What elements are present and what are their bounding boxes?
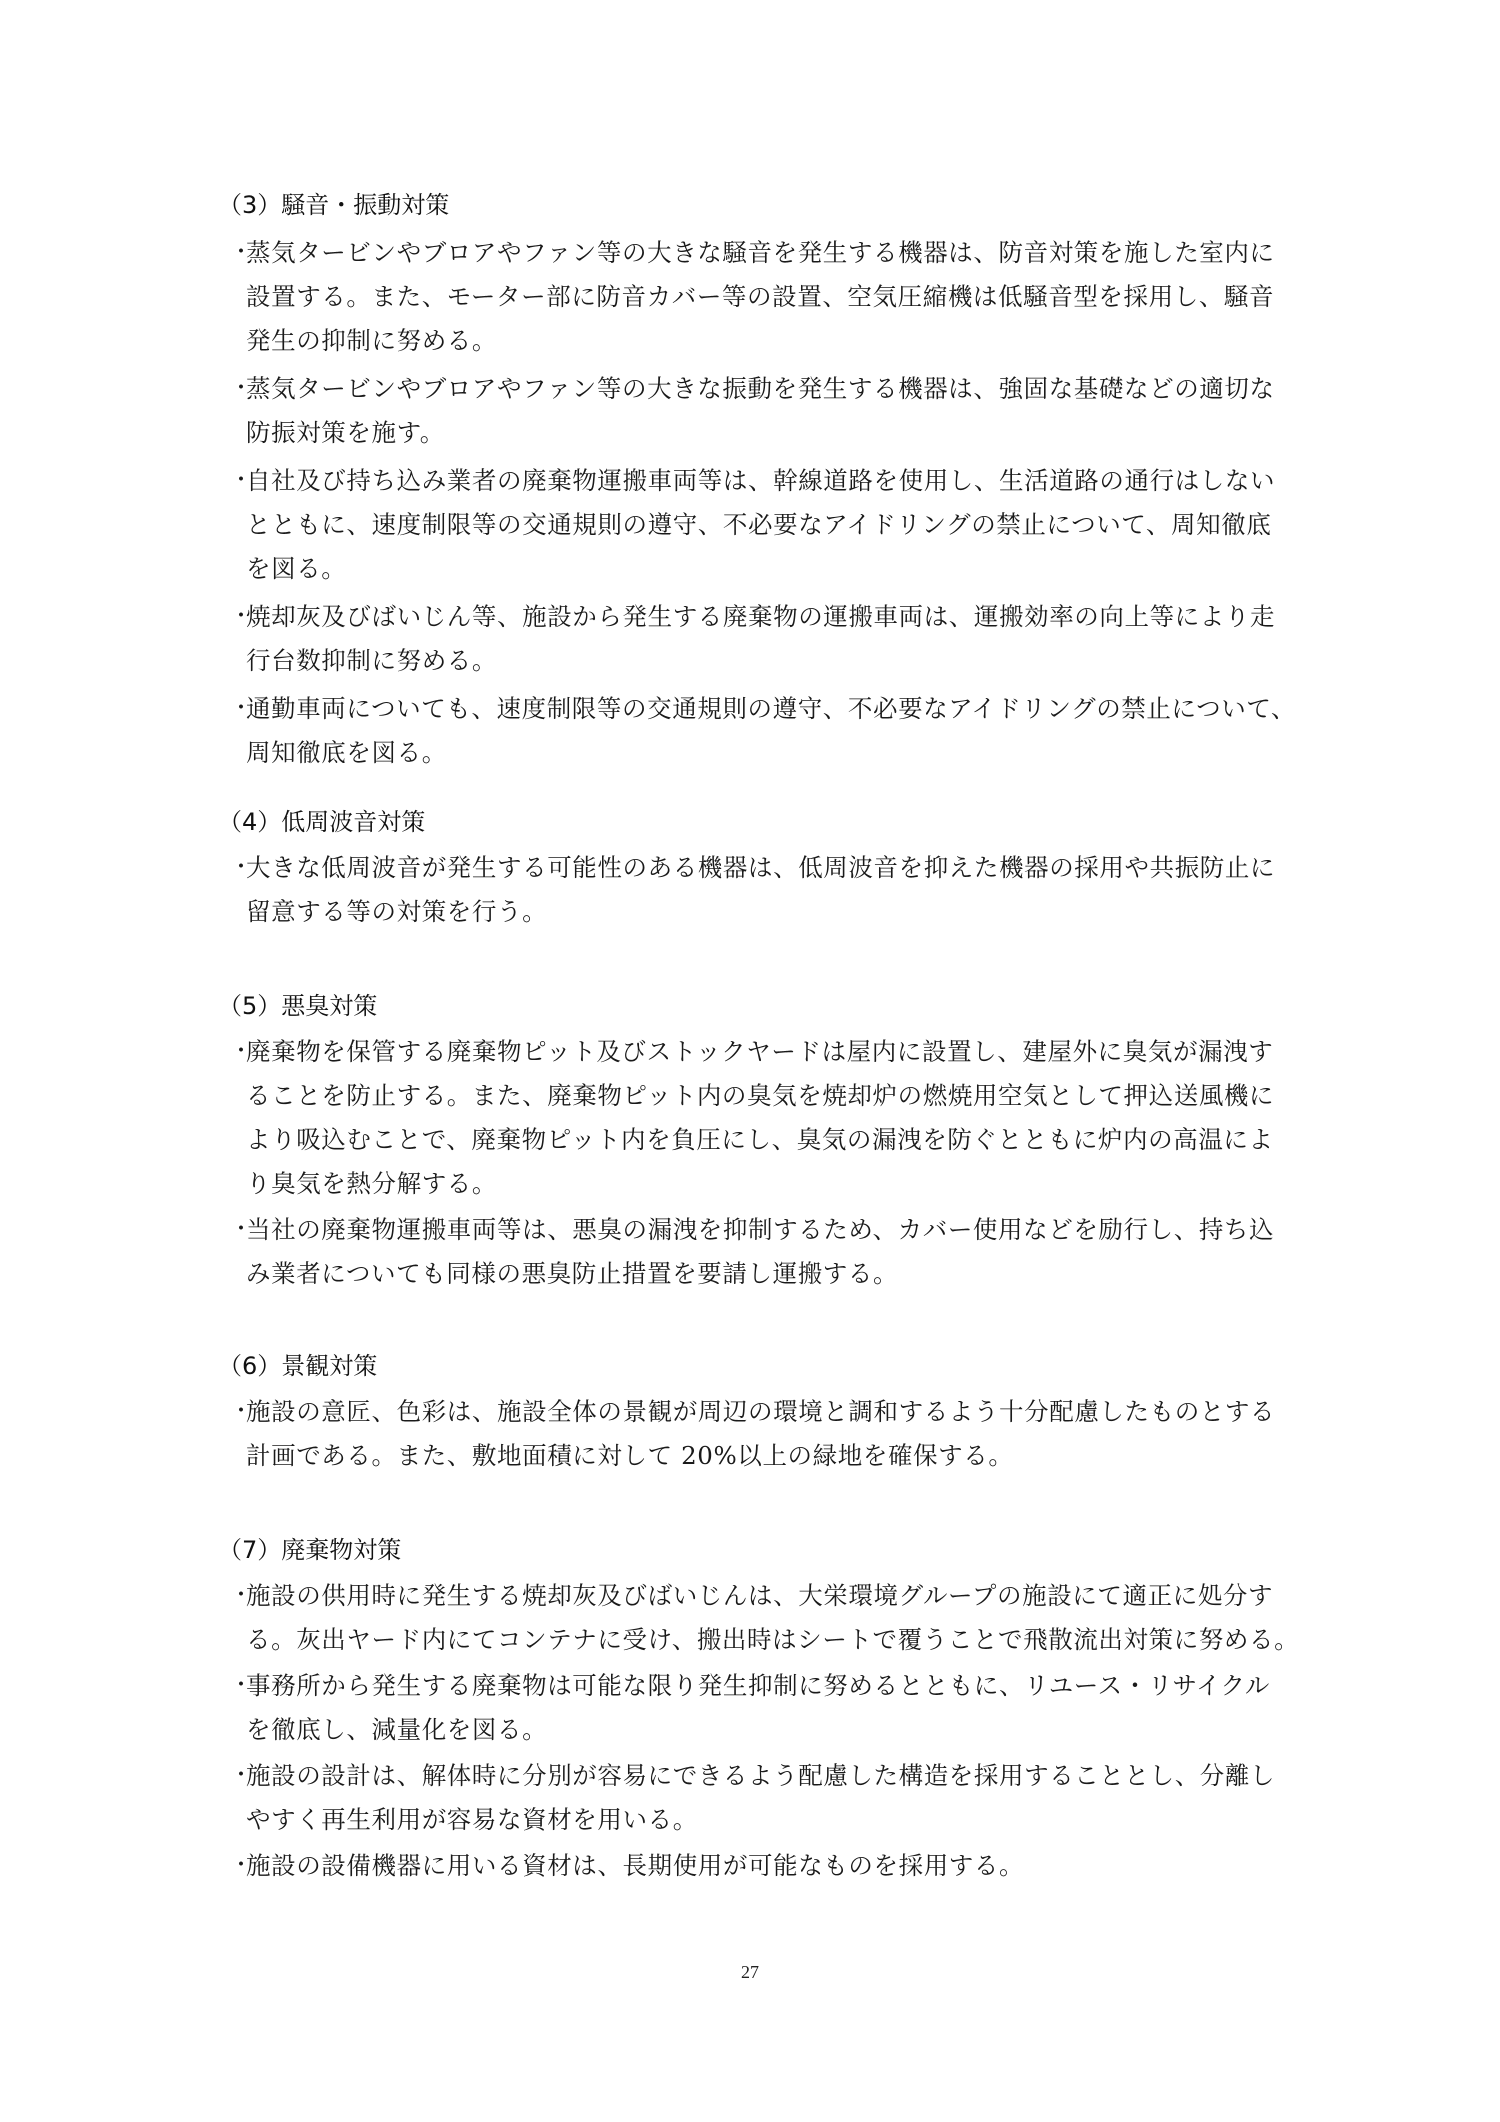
bullet-icon: ・ xyxy=(230,1574,244,1618)
text-line: 廃棄物を保管する廃棄物ピット及びストックヤードは屋内に設置し、建屋外に臭気が漏洩… xyxy=(246,1030,1328,1074)
list-item: ・ 焼却灰及びばいじん等、施設から発生する廃棄物の運搬車両は、運搬効率の向上等に… xyxy=(218,595,1328,683)
list-item: ・ 蒸気タービンやブロアやファン等の大きな振動を発生する機器は、強固な基礎などの… xyxy=(218,367,1328,455)
section-heading: （5）悪臭対策 xyxy=(218,984,1328,1028)
bullet-icon: ・ xyxy=(230,687,244,731)
text-line: 周知徹底を図る。 xyxy=(246,731,1328,775)
bullet-icon: ・ xyxy=(230,1664,244,1708)
list-item: ・ 大きな低周波音が発生する可能性のある機器は、低周波音を抑えた機器の採用や共振… xyxy=(218,846,1328,934)
bullet-icon: ・ xyxy=(230,1208,244,1252)
text-line: を徹底し、減量化を図る。 xyxy=(246,1708,1328,1752)
text-line: 計画である。また、敷地面積に対して 20%以上の緑地を確保する。 xyxy=(246,1434,1328,1478)
text-line: 発生の抑制に努める。 xyxy=(246,319,1328,363)
list-item: ・ 施設の設備機器に用いる資材は、長期使用が可能なものを採用する。 xyxy=(218,1844,1328,1888)
list-item: ・ 事務所から発生する廃棄物は可能な限り発生抑制に努めるとともに、リユース・リサ… xyxy=(218,1664,1328,1752)
text-line: 大きな低周波音が発生する可能性のある機器は、低周波音を抑えた機器の採用や共振防止… xyxy=(246,846,1328,890)
text-line: を図る。 xyxy=(246,547,1328,591)
list-item: ・ 施設の設計は、解体時に分別が容易にできるよう配慮した構造を採用することとし、… xyxy=(218,1754,1328,1842)
bullet-icon: ・ xyxy=(230,846,244,890)
text-line: 施設の意匠、色彩は、施設全体の景観が周辺の環境と調和するよう十分配慮したものとす… xyxy=(246,1390,1328,1434)
text-line: より吸込むことで、廃棄物ピット内を負圧にし、臭気の漏洩を防ぐとともに炉内の高温に… xyxy=(246,1118,1328,1162)
text-line: 行台数抑制に努める。 xyxy=(246,639,1328,683)
text-line: 蒸気タービンやブロアやファン等の大きな騒音を発生する機器は、防音対策を施した室内… xyxy=(246,231,1328,275)
text-line: み業者についても同様の悪臭防止措置を要請し運搬する。 xyxy=(246,1252,1328,1296)
bullet-icon: ・ xyxy=(230,459,244,503)
list-item: ・ 通勤車両についても、速度制限等の交通規則の遵守、不必要なアイドリングの禁止に… xyxy=(218,687,1328,775)
section-heading: （3）騒音・振動対策 xyxy=(218,183,1328,227)
list-item: ・ 当社の廃棄物運搬車両等は、悪臭の漏洩を抑制するため、カバー使用などを励行し、… xyxy=(218,1208,1328,1296)
section-heading: （6）景観対策 xyxy=(218,1344,1328,1388)
section-heading: （4）低周波音対策 xyxy=(218,800,1328,844)
text-line: とともに、速度制限等の交通規則の遵守、不必要なアイドリングの禁止について、周知徹… xyxy=(246,503,1328,547)
section-heading: （7）廃棄物対策 xyxy=(218,1528,1328,1572)
text-line: ることを防止する。また、廃棄物ピット内の臭気を焼却炉の燃焼用空気として押込送風機… xyxy=(246,1074,1328,1118)
list-item: ・ 廃棄物を保管する廃棄物ピット及びストックヤードは屋内に設置し、建屋外に臭気が… xyxy=(218,1030,1328,1206)
section-odor: （5）悪臭対策 ・ 廃棄物を保管する廃棄物ピット及びストックヤードは屋内に設置し… xyxy=(218,984,1328,1296)
text-line: 焼却灰及びばいじん等、施設から発生する廃棄物の運搬車両は、運搬効率の向上等により… xyxy=(246,595,1328,639)
section-waste: （7）廃棄物対策 ・ 施設の供用時に発生する焼却灰及びばいじんは、大栄環境グルー… xyxy=(218,1528,1328,1888)
bullet-icon: ・ xyxy=(230,1030,244,1074)
bullet-icon: ・ xyxy=(230,1754,244,1798)
section-noise-vibration: （3）騒音・振動対策 ・ 蒸気タービンやブロアやファン等の大きな騒音を発生する機… xyxy=(218,183,1328,775)
list-item: ・ 自社及び持ち込み業者の廃棄物運搬車両等は、幹線道路を使用し、生活道路の通行は… xyxy=(218,459,1328,591)
text-line: 設置する。また、モーター部に防音カバー等の設置、空気圧縮機は低騒音型を採用し、騒… xyxy=(246,275,1328,319)
text-line: 施設の設備機器に用いる資材は、長期使用が可能なものを採用する。 xyxy=(246,1844,1328,1888)
bullet-icon: ・ xyxy=(230,367,244,411)
list-item: ・ 施設の供用時に発生する焼却灰及びばいじんは、大栄環境グループの施設にて適正に… xyxy=(218,1574,1328,1662)
bullet-icon: ・ xyxy=(230,1844,244,1888)
page-number: 27 xyxy=(0,1962,1500,1983)
bullet-icon: ・ xyxy=(230,595,244,639)
section-low-frequency-noise: （4）低周波音対策 ・ 大きな低周波音が発生する可能性のある機器は、低周波音を抑… xyxy=(218,800,1328,934)
text-line: 自社及び持ち込み業者の廃棄物運搬車両等は、幹線道路を使用し、生活道路の通行はしな… xyxy=(246,459,1328,503)
text-line: 通勤車両についても、速度制限等の交通規則の遵守、不必要なアイドリングの禁止につい… xyxy=(246,687,1328,731)
document-page: （3）騒音・振動対策 ・ 蒸気タービンやブロアやファン等の大きな騒音を発生する機… xyxy=(0,0,1500,2122)
text-line: やすく再生利用が容易な資材を用いる。 xyxy=(246,1798,1328,1842)
text-line: 施設の供用時に発生する焼却灰及びばいじんは、大栄環境グループの施設にて適正に処分… xyxy=(246,1574,1328,1618)
text-line: 蒸気タービンやブロアやファン等の大きな振動を発生する機器は、強固な基礎などの適切… xyxy=(246,367,1328,411)
text-line: 施設の設計は、解体時に分別が容易にできるよう配慮した構造を採用することとし、分離… xyxy=(246,1754,1328,1798)
text-line: る。灰出ヤード内にてコンテナに受け、搬出時はシートで覆うことで飛散流出対策に努め… xyxy=(246,1618,1328,1662)
text-line: 留意する等の対策を行う。 xyxy=(246,890,1328,934)
list-item: ・ 施設の意匠、色彩は、施設全体の景観が周辺の環境と調和するよう十分配慮したもの… xyxy=(218,1390,1328,1478)
bullet-icon: ・ xyxy=(230,1390,244,1434)
text-line: 当社の廃棄物運搬車両等は、悪臭の漏洩を抑制するため、カバー使用などを励行し、持ち… xyxy=(246,1208,1328,1252)
list-item: ・ 蒸気タービンやブロアやファン等の大きな騒音を発生する機器は、防音対策を施した… xyxy=(218,231,1328,363)
bullet-icon: ・ xyxy=(230,231,244,275)
text-line: 事務所から発生する廃棄物は可能な限り発生抑制に努めるとともに、リユース・リサイク… xyxy=(246,1664,1328,1708)
text-line: り臭気を熱分解する。 xyxy=(246,1162,1328,1206)
text-line: 防振対策を施す。 xyxy=(246,411,1328,455)
section-landscape: （6）景観対策 ・ 施設の意匠、色彩は、施設全体の景観が周辺の環境と調和するよう… xyxy=(218,1344,1328,1478)
